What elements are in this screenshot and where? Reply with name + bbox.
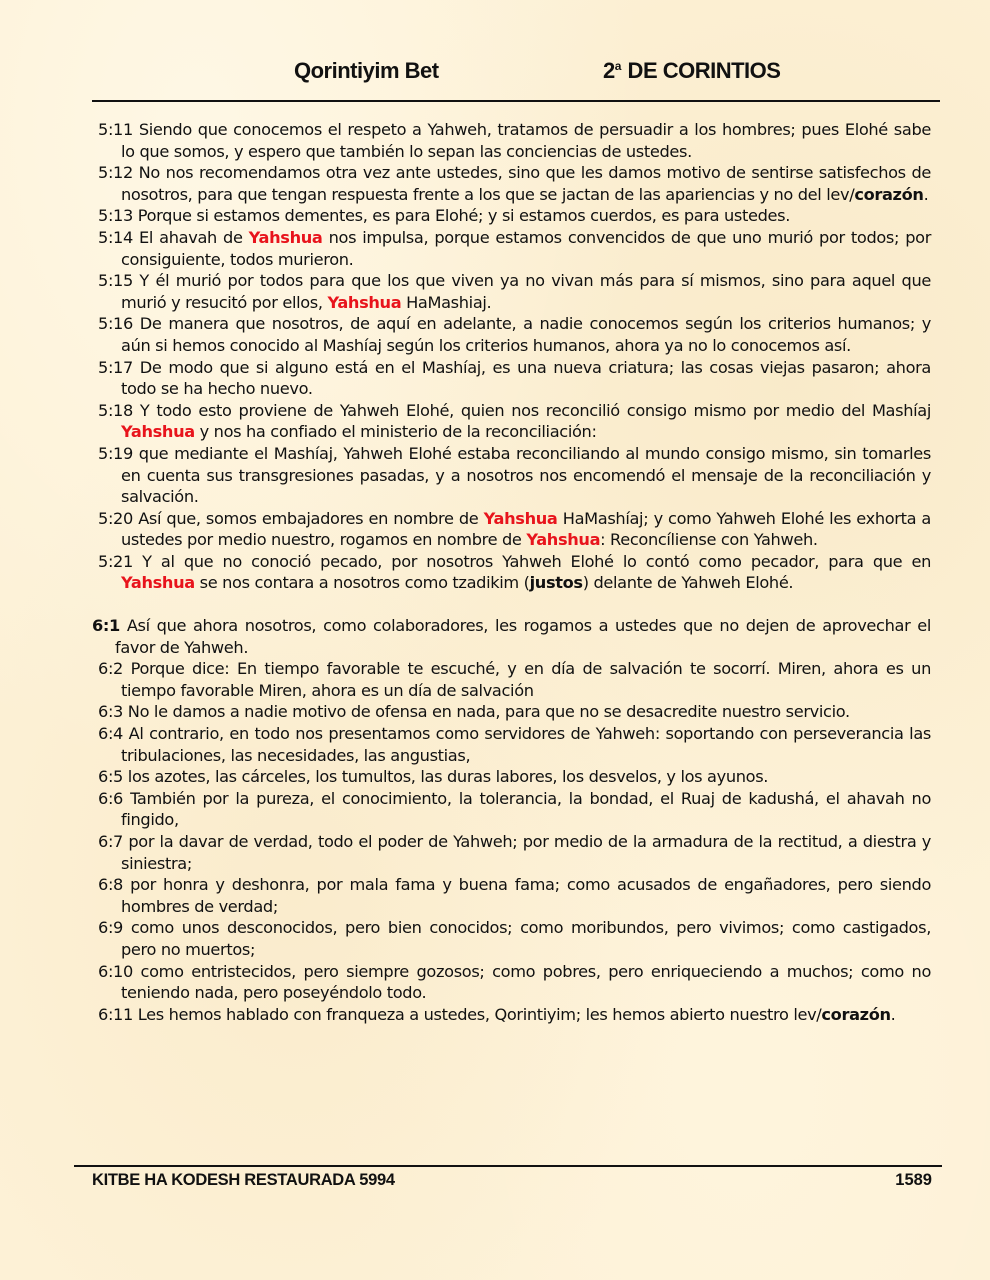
verse: 5:18 Y todo esto proviene de Yahweh Eloh…: [98, 400, 931, 443]
highlighted-name: Yahshua: [327, 293, 401, 312]
verse: 5:20 Así que, somos embajadores en nombr…: [98, 508, 931, 551]
verse-reference: 5:19: [98, 444, 133, 463]
book-title-spanish: 2a DE CORINTIOS: [603, 58, 780, 84]
bold-term: corazón: [854, 185, 923, 204]
verse: 6:2 Porque dice: En tiempo favorable te …: [98, 658, 931, 701]
verse: 5:16 De manera que nosotros, de aquí en …: [98, 313, 931, 356]
verse: 5:12 No nos recomendamos otra vez ante u…: [98, 162, 931, 205]
verse-text: Y todo esto proviene de Yahweh Elohé, qu…: [133, 401, 931, 420]
verse: 5:13 Porque si estamos dementes, es para…: [98, 205, 931, 227]
verse-reference: 5:15: [98, 271, 133, 290]
verse: 6:8 por honra y deshonra, por mala fama …: [98, 874, 931, 917]
verse-reference: 6:1: [92, 616, 120, 635]
verse-reference: 6:6: [98, 789, 123, 808]
highlighted-name: Yahshua: [121, 573, 195, 592]
verse-text: Siendo que conocemos el respeto a Yahweh…: [121, 120, 931, 161]
header-rule: [92, 100, 940, 102]
ordinal-superscript: a: [615, 59, 621, 73]
verse: 5:19 que mediante el Mashíaj, Yahweh Elo…: [98, 443, 931, 508]
verse-text: HaMashiaj.: [401, 293, 491, 312]
verse-reference: 5:20: [98, 509, 133, 528]
page-number: 1589: [895, 1171, 932, 1190]
footer-rule: [74, 1165, 942, 1167]
verse-reference: 6:3: [98, 702, 123, 721]
verse-text: se nos contara a nosotros como tzadikim …: [195, 573, 530, 592]
verse: 6:3 No le damos a nadie motivo de ofensa…: [98, 701, 931, 723]
verse-text: ) delante de Yahweh Elohé.: [583, 573, 794, 592]
verse-reference: 5:11: [98, 120, 133, 139]
verse-text: por la davar de verdad, todo el poder de…: [121, 832, 931, 873]
verse-text: por honra y deshonra, por mala fama y bu…: [121, 875, 931, 916]
verse-text: Así que, somos embajadores en nombre de: [133, 509, 484, 528]
book-name: DE CORINTIOS: [622, 58, 781, 83]
verse-text: De modo que si alguno está en el Mashíaj…: [121, 358, 931, 399]
highlighted-name: Yahshua: [484, 509, 558, 528]
verse-text: No le damos a nadie motivo de ofensa en …: [123, 702, 850, 721]
verse: 6:6 También por la pureza, el conocimien…: [98, 788, 931, 831]
verse: 6:1 Así que ahora nosotros, como colabor…: [92, 615, 931, 658]
verse-text: .: [891, 1005, 896, 1024]
verse: 5:14 El ahavah de Yahshua nos impulsa, p…: [98, 227, 931, 270]
verse-reference: 6:9: [98, 918, 123, 937]
verse-text: que mediante el Mashíaj, Yahweh Elohé es…: [121, 444, 931, 506]
book-title-hebrew: Qorintiyim Bet: [294, 58, 439, 84]
verse-reference: 5:17: [98, 358, 133, 377]
verse-text: Les hemos hablado con franqueza a ustede…: [133, 1005, 821, 1024]
verse-text: como unos desconocidos, pero bien conoci…: [121, 918, 931, 959]
verse-reference: 5:13: [98, 206, 133, 225]
verse-text: .: [924, 185, 929, 204]
verse-reference: 5:16: [98, 314, 133, 333]
book-number: 2: [603, 58, 615, 83]
verse: 6:9 como unos desconocidos, pero bien co…: [98, 917, 931, 960]
verse: 6:10 como entristecidos, pero siempre go…: [98, 961, 931, 1004]
verse-text: Y él murió por todos para que los que vi…: [121, 271, 931, 312]
verse-text: El ahavah de: [133, 228, 249, 247]
verse-text: Porque si estamos dementes, es para Eloh…: [133, 206, 790, 225]
verse-text: y nos ha confiado el ministerio de la re…: [195, 422, 597, 441]
verse-reference: 6:7: [98, 832, 123, 851]
verse-reference: 5:18: [98, 401, 133, 420]
verse-text: También por la pureza, el conocimiento, …: [121, 789, 931, 830]
verse-reference: 6:2: [98, 659, 123, 678]
verse-text: No nos recomendamos otra vez ante ustede…: [121, 163, 931, 204]
page-header: Qorintiyim Bet 2a DE CORINTIOS: [92, 58, 940, 90]
bold-term: corazón: [821, 1005, 890, 1024]
verse: 6:4 Al contrario, en todo nos presentamo…: [98, 723, 931, 766]
verse-reference: 6:8: [98, 875, 123, 894]
verse: 5:17 De modo que si alguno está en el Ma…: [98, 357, 931, 400]
verse-text: los azotes, las cárceles, los tumultos, …: [123, 767, 768, 786]
verse-text: como entristecidos, pero siempre gozosos…: [121, 962, 931, 1003]
highlighted-name: Yahshua: [249, 228, 323, 247]
verse: 6:7 por la davar de verdad, todo el pode…: [98, 831, 931, 874]
verse-text: De manera que nosotros, de aquí en adela…: [121, 314, 931, 355]
verse-reference: 5:21: [98, 552, 133, 571]
verse-reference: 6:4: [98, 724, 123, 743]
verse-reference: 6:10: [98, 962, 133, 981]
verse: 5:21 Y al que no conoció pecado, por nos…: [98, 551, 931, 594]
verse-reference: 6:11: [98, 1005, 133, 1024]
verse-reference: 5:12: [98, 163, 133, 182]
verse-text: Al contrario, en todo nos presentamos co…: [121, 724, 931, 765]
verse: 5:11 Siendo que conocemos el respeto a Y…: [98, 119, 931, 162]
verse-text: Porque dice: En tiempo favorable te escu…: [121, 659, 931, 700]
verse-reference: 6:5: [98, 767, 123, 786]
verse: 6:11 Les hemos hablado con franqueza a u…: [98, 1004, 931, 1026]
verse-text: : Reconcíliense con Yahweh.: [600, 530, 818, 549]
highlighted-name: Yahshua: [526, 530, 600, 549]
footer-bible-title: KITBE HA KODESH RESTAURADA 5994: [92, 1171, 395, 1190]
verse-reference: 5:14: [98, 228, 133, 247]
verse: 6:5 los azotes, las cárceles, los tumult…: [98, 766, 931, 788]
verse-list: 5:11 Siendo que conocemos el respeto a Y…: [98, 119, 931, 1025]
verse-text: Así que ahora nosotros, como colaborador…: [115, 616, 931, 657]
verse-text: Y al que no conoció pecado, por nosotros…: [133, 552, 931, 571]
bold-term: justos: [530, 573, 583, 592]
verse: 5:15 Y él murió por todos para que los q…: [98, 270, 931, 313]
highlighted-name: Yahshua: [121, 422, 195, 441]
